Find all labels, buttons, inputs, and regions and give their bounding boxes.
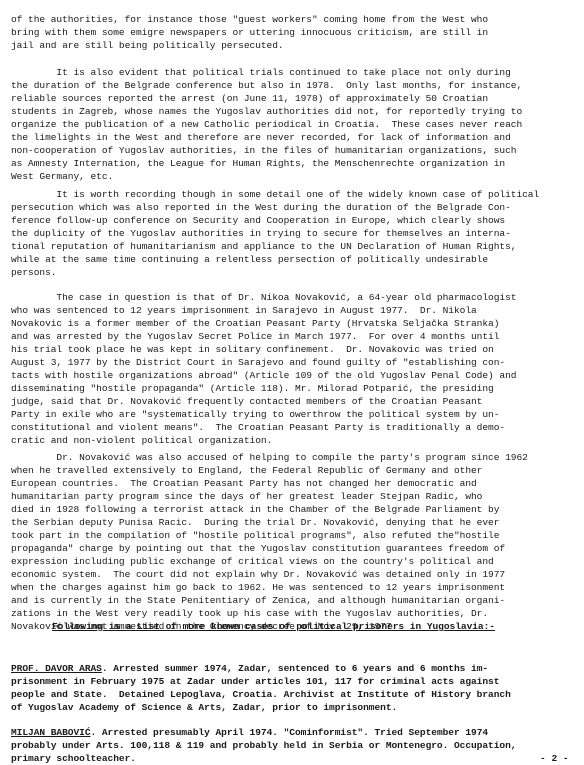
paragraph-persecution-line: while at the same time continuing a rele…	[11, 254, 488, 265]
paragraph-case-line: tacts with hostile organizations abroad"…	[11, 370, 516, 381]
document-page: of the authorities, for instance those "…	[0, 0, 584, 765]
paragraph-persecution-line: the duplicity of the Yugoslav authoritie…	[11, 228, 511, 239]
case-description: . Arrested presumably April 1974. "Comin…	[91, 727, 489, 738]
prisoner-name: PROF. DAVOR ARAS	[11, 663, 102, 674]
paragraph-trials-line: West Germany, etc.	[11, 171, 113, 182]
paragraph-intro-line: of the authorities, for instance those "…	[11, 14, 488, 25]
paragraph-case-line: constitutional and violent means". The C…	[11, 422, 505, 433]
paragraph-persecution-line: persons.	[11, 267, 56, 278]
paragraph-accusation-line: economic system. The court did not expla…	[11, 569, 505, 580]
paragraph-accusation-line: expression including public exchange of …	[11, 556, 494, 567]
paragraph-case-line: Novakovic is a former member of the Croa…	[11, 318, 499, 329]
paragraph-accusation-line: and is currently in the State Penitentia…	[11, 595, 505, 606]
case-description-line: prisonment in February 1975 at Zadar und…	[11, 676, 499, 687]
paragraph-trials-line: students in Zagreb, whose names the Yugo…	[11, 106, 522, 117]
paragraph-trials-line: the duration of the Belgrade conference …	[11, 80, 522, 91]
paragraph-persecution-line: persecution which was also reported in t…	[11, 202, 511, 213]
paragraph-case-line: Party in exile who are "systematically t…	[11, 409, 499, 420]
paragraph-intro-line: jail and are still being politically per…	[11, 40, 284, 51]
paragraph-trials-line: the limelights in the West and therefore…	[11, 132, 511, 143]
paragraph-trials-line: It is also evident that political trials…	[11, 67, 511, 78]
paragraph-persecution-line: ference follow-up conference on Security…	[11, 215, 505, 226]
paragraph-persecution-line: tional reputation of humanitarianism and…	[11, 241, 516, 252]
paragraph-intro-line: bring with them some emigre newspapers o…	[11, 27, 488, 38]
paragraph-accusation-line: died in 1928 following a terrorist attac…	[11, 504, 499, 515]
case-entry-first-line: MILJAN BABOVIĆ. Arrested presumably Apri…	[11, 727, 488, 738]
page-number: - 2 -	[540, 753, 569, 764]
paragraph-case-line: disseminating "hostile propaganda" (Arti…	[11, 383, 494, 394]
paragraph-trials-line: organize the publication of a new Cathol…	[11, 119, 522, 130]
paragraph-accusation-line: propaganda" charge by pointing out that …	[11, 543, 505, 554]
paragraph-case-line: judge, said that Dr. Novaković frequentl…	[11, 396, 482, 407]
paragraph-case-line: who was sentenced to 12 years imprisonme…	[11, 305, 477, 316]
case-description-line: primary schoolteacher.	[11, 753, 136, 764]
paragraph-trials-line: non-cooperation of Yugoslav authorities,…	[11, 145, 516, 156]
paragraph-accusation-line: took part in the compilation of "hostile…	[11, 530, 499, 541]
prisoner-name: MILJAN BABOVIĆ	[11, 727, 91, 738]
paragraph-case-line: and was arrested by the Yugoslav Secret …	[11, 331, 499, 342]
paragraph-trials-line: reliable sources reported the arrest (on…	[11, 93, 488, 104]
paragraph-case-line: cratic and non-violent political organiz…	[11, 435, 272, 446]
paragraph-accusation-line: when the charges against him go back to …	[11, 582, 505, 593]
case-description-line: people and State. Detained Lepoglava, Cr…	[11, 689, 511, 700]
paragraph-accusation-line: European countries. The Croatian Peasant…	[11, 478, 477, 489]
paragraph-case-line: The case in question is that of Dr. Niko…	[11, 292, 516, 303]
paragraph-case-line: August 3, 1977 by the District Court in …	[11, 357, 505, 368]
paragraph-trials-line: as Amnesty Internation, the League for H…	[11, 158, 505, 169]
case-description-line: of Yugoslav Academy of Science & Arts, Z…	[11, 702, 397, 713]
paragraph-accusation-line: the Serbian deputy Punisa Racic. During …	[11, 517, 499, 528]
case-entry-first-line: PROF. DAVOR ARAS. Arrested summer 1974, …	[11, 663, 488, 674]
paragraph-accusation-line: zations in the West very readily took up…	[11, 608, 488, 619]
paragraph-accusation-line: Dr. Novaković was also accused of helpin…	[11, 452, 528, 463]
paragraph-accusation-line: humanitarian party program since the day…	[11, 491, 482, 502]
paragraph-case-line: his trial took place he was kept in soli…	[11, 344, 494, 355]
paragraph-persecution-line: It is worth recording though in some det…	[11, 189, 539, 200]
paragraph-accusation-line: when he travelled extensively to England…	[11, 465, 482, 476]
case-description: . Arrested summer 1974, Zadar, sentenced…	[102, 663, 488, 674]
case-description-line: probably under Arts. 100,118 & 119 and p…	[11, 740, 516, 751]
list-heading: Following is a List of more known cases …	[52, 621, 495, 632]
